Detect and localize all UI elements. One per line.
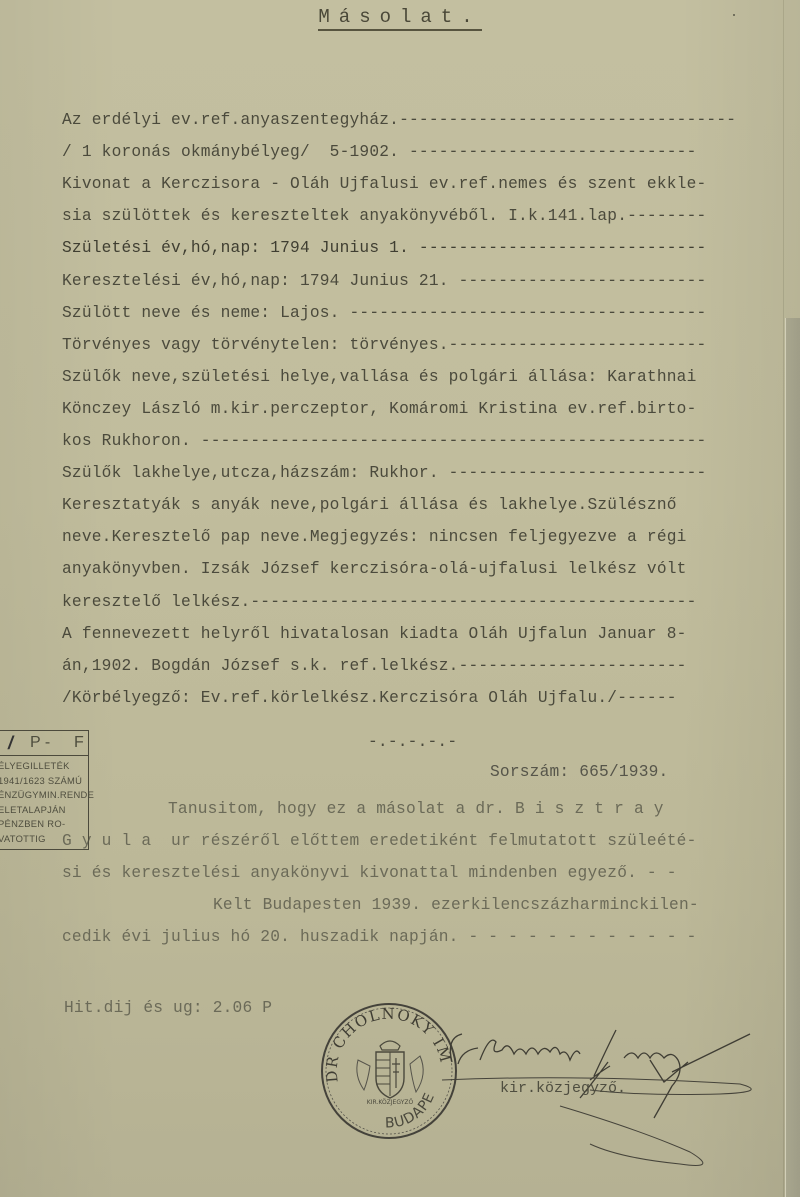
certification-line: si és keresztelési anyakönyvi kivonattal… (62, 864, 677, 882)
document-title: Másolat. (190, 6, 610, 28)
certification-line: G y u l a ur részéről előttem eredetikén… (62, 832, 697, 850)
notary-seal-icon: DR CHOLNOKY IMRE BUDAPEST KIR.KÖZJEGYZŐ (318, 1000, 460, 1142)
duty-stamp-box: / P - F ÉLYEGILLETÉK1941/1623 SZÁMÚÉNZÜG… (0, 730, 89, 850)
duty-stamp-text: ÉLYEGILLETÉK1941/1623 SZÁMÚÉNZÜGYMIN.REN… (0, 756, 88, 846)
duty-stamp-line: ELETALAPJÁN (0, 803, 88, 818)
signer-title: kir.közjegyző. (500, 1080, 626, 1097)
record-line: Születési év,hó,nap: 1794 Junius 1. ----… (62, 239, 706, 257)
svg-text:KIR.KÖZJEGYZŐ: KIR.KÖZJEGYZŐ (367, 1099, 414, 1106)
duty-stamp-header: / P - F (0, 731, 88, 756)
document-page: Másolat. Az erdélyi ev.ref.anyaszentegyh… (0, 0, 800, 1197)
duty-stamp-line: 1941/1623 SZÁMÚ (0, 774, 88, 789)
record-line: /Körbélyegző: Ev.ref.körlelkész.Kerczisó… (62, 689, 677, 707)
record-line: sia szülöttek és kereszteltek anyakönyvé… (62, 207, 706, 225)
page-edge-shadow (783, 0, 784, 1197)
record-line: Törvényes vagy törvénytelen: törvényes.-… (62, 336, 706, 354)
record-line: anyakönyvben. Izsák József kerczisóra-ol… (62, 560, 687, 578)
stamp-head-left: P - (30, 734, 50, 752)
record-line: kos Rukhoron. --------------------------… (62, 432, 706, 450)
record-line: Szülők neve,születési helye,vallása és p… (62, 368, 697, 386)
record-line: Keresztelési év,hó,nap: 1794 Junius 21. … (62, 272, 706, 290)
record-line: A fennevezett helyről hivatalosan kiadta… (62, 625, 687, 643)
duty-stamp-line: VATOTTIG (0, 832, 88, 847)
record-line: án,1902. Bogdán József s.k. ref.lelkész.… (62, 657, 687, 675)
certification-line: Tanusitom, hogy ez a másolat a dr. B i s… (168, 800, 664, 818)
paper-speck (733, 14, 735, 16)
record-line: Az erdélyi ev.ref.anyaszentegyház.------… (62, 111, 736, 129)
duty-stamp-line: ÉNZÜGYMIN.RENDE (0, 788, 88, 803)
fee-line: Hit.dij és ug: 2.06 P (64, 999, 272, 1017)
duty-stamp-line: PÉNZBEN RO- (0, 817, 88, 832)
certification-line: Kelt Budapesten 1939. ezerkilencszázharm… (213, 896, 699, 914)
record-line: keresztelő lelkész.---------------------… (62, 593, 697, 611)
record-line: Keresztatyák s anyák neve,polgári állása… (62, 496, 677, 514)
stamp-head-right: F (74, 734, 84, 752)
record-line: / 1 koronás okmánybélyeg/ 5-1902. ------… (62, 143, 697, 161)
stamp-handwritten-mark: / (8, 733, 13, 754)
certification-line: cedik évi julius hó 20. huszadik napján.… (62, 928, 697, 946)
record-line: Szülött neve és neme: Lajos. -----------… (62, 304, 706, 322)
underlying-page-edge (785, 318, 800, 1197)
record-line: Könczey László m.kir.perczeptor, Komárom… (62, 400, 697, 418)
separator-line: -.-.-.-.- (368, 733, 457, 751)
duty-stamp-line: ÉLYEGILLETÉK (0, 759, 88, 774)
serial-number: Sorszám: 665/1939. (490, 763, 668, 781)
record-line: Kivonat a Kerczisora - Oláh Ujfalusi ev.… (62, 175, 706, 193)
title-text: Másolat. (318, 6, 481, 31)
record-line: neve.Keresztelő pap neve.Megjegyzés: nin… (62, 528, 687, 546)
record-line: Szülők lakhelye,utcza,házszám: Rukhor. -… (62, 464, 706, 482)
